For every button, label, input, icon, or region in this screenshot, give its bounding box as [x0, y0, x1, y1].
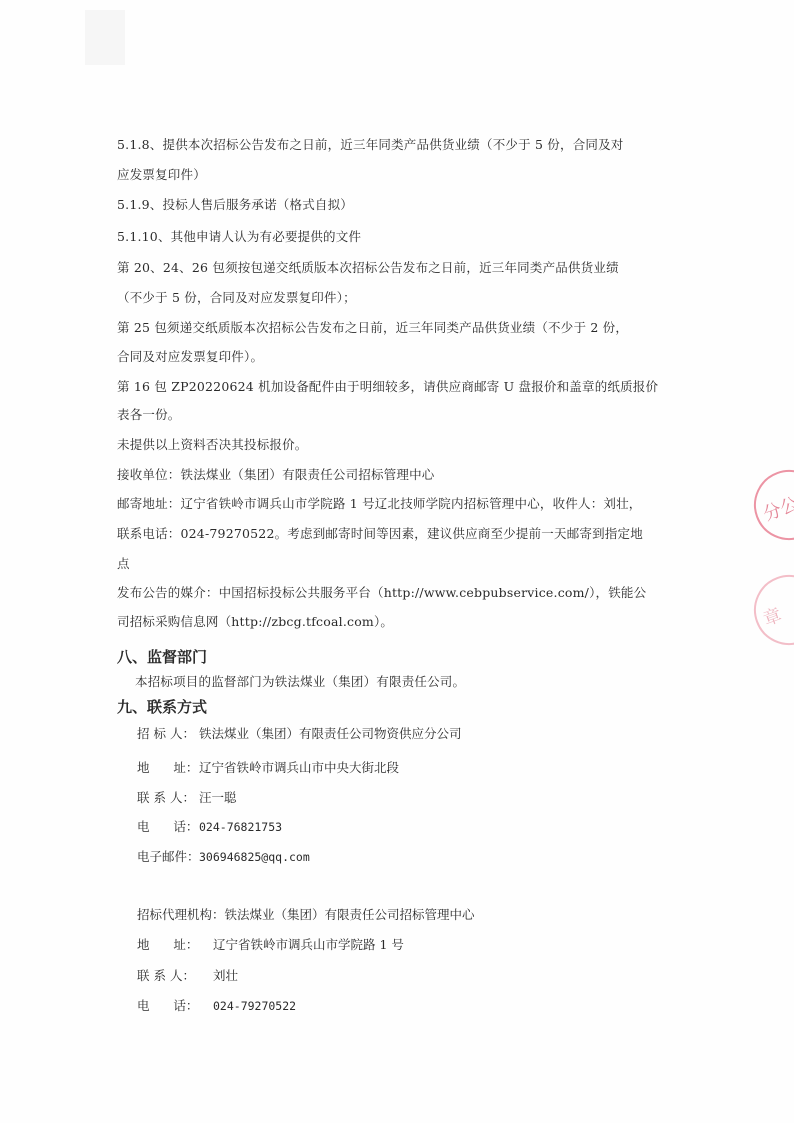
publication-media-cont: 司招标采购信息网（http://zbcg.tfcoal.com）。 [117, 614, 393, 630]
package-note-line: （不少于 5 份，合同及对应发票复印件）； [117, 290, 356, 306]
agency-phone-row: 电 话：024-79270522 [137, 998, 296, 1014]
agency-contact: 刘壮 [213, 968, 238, 983]
package-note-line: 第 20、24、26 包须按包递交纸质版本次招标公告发布之日前，近三年同类产品供… [117, 260, 619, 276]
tenderer-email[interactable]: 306946825@qq.com [199, 850, 310, 864]
tenderer-phone-label: 电 话： [137, 819, 199, 835]
agency-address-row: 地 址：辽宁省铁岭市调兵山市学院路 1 号 [137, 937, 404, 953]
mailing-phone: 联系电话：024-79270522。考虑到邮寄时间等因素，建议供应商至少提前一天… [117, 526, 643, 542]
tenderer-phone-row: 电 话：024-76821753 [137, 819, 282, 835]
agency-address: 辽宁省铁岭市调兵山市学院路 1 号 [213, 937, 404, 952]
tenderer-contact-row: 联 系 人：汪一聪 [137, 790, 237, 806]
agency-phone-label: 电 话： [137, 998, 213, 1014]
tenderer-email-label: 电子邮件： [137, 849, 199, 865]
package-note-line: 第 16 包 ZP20220624 机加设备配件由于明细较多，请供应商邮寄 U … [117, 379, 658, 395]
section-8-body: 本招标项目的监督部门为铁法煤业（集团）有限责任公司。 [135, 674, 465, 690]
agency-name-label: 招标代理机构： [137, 907, 225, 923]
mailing-address: 邮寄地址：辽宁省铁岭市调兵山市学院路 1 号辽北技师学院内招标管理中心，收件人：… [117, 496, 642, 512]
official-seal-stamp: 分公 [744, 460, 794, 550]
tenderer-email-row: 电子邮件：306946825@qq.com [137, 849, 310, 865]
requirement-5-1-8-line1: 5.1.8、提供本次招标公告发布之日前，近三年同类产品供货业绩（不少于 5 份，… [117, 137, 624, 153]
document-page: 5.1.8、提供本次招标公告发布之日前，近三年同类产品供货业绩（不少于 5 份，… [0, 0, 794, 1123]
tenderer-name-row: 招 标 人：铁法煤业（集团）有限责任公司物资供应分公司 [137, 726, 462, 742]
package-note-line: 合同及对应发票复印件）。 [117, 349, 263, 365]
agency-address-label: 地 址： [137, 937, 213, 953]
tenderer-name: 铁法煤业（集团）有限责任公司物资供应分公司 [199, 726, 462, 741]
mailing-place: 点 [117, 556, 130, 572]
tenderer-address-label: 地 址： [137, 760, 199, 776]
tenderer-address-row: 地 址：辽宁省铁岭市调兵山市中央大街北段 [137, 760, 399, 776]
scan-artifact [85, 10, 125, 65]
section-8-heading: 八、监督部门 [117, 648, 207, 666]
agency-contact-label: 联 系 人： [137, 968, 213, 984]
requirement-5-1-10: 5.1.10、其他申请人认为有必要提供的文件 [117, 229, 361, 245]
tenderer-name-label: 招 标 人： [137, 726, 199, 742]
tenderer-contact-label: 联 系 人： [137, 790, 199, 806]
seal-text: 章 [759, 601, 785, 632]
package-note-line: 第 25 包须递交纸质版本次招标公告发布之日前，近三年同类产品供货业绩（不少于 … [117, 320, 628, 336]
requirement-5-1-9: 5.1.9、投标人售后服务承诺（格式自拟） [117, 197, 353, 213]
tenderer-address: 辽宁省铁岭市调兵山市中央大街北段 [199, 760, 399, 775]
tenderer-contact: 汪一聪 [199, 790, 237, 805]
receiving-unit: 接收单位：铁法煤业（集团）有限责任公司招标管理中心 [117, 467, 435, 483]
tenderer-phone: 024-76821753 [199, 820, 282, 834]
agency-contact-row: 联 系 人：刘壮 [137, 968, 238, 984]
rejection-note: 未提供以上资料否决其投标报价。 [117, 437, 308, 453]
section-9-heading: 九、联系方式 [117, 698, 207, 716]
publication-media: 发布公告的媒介：中国招标投标公共服务平台（http://www.cebpubse… [117, 585, 646, 601]
agency-name: 铁法煤业（集团）有限责任公司招标管理中心 [225, 907, 475, 922]
package-note-line: 表各一份。 [117, 407, 181, 423]
agency-phone: 024-79270522 [213, 999, 296, 1013]
requirement-5-1-8-line2: 应发票复印件） [117, 167, 206, 183]
agency-name-row: 招标代理机构：铁法煤业（集团）有限责任公司招标管理中心 [137, 907, 475, 923]
official-seal-stamp-faint: 章 [744, 565, 794, 655]
seal-text: 分公 [759, 490, 794, 527]
